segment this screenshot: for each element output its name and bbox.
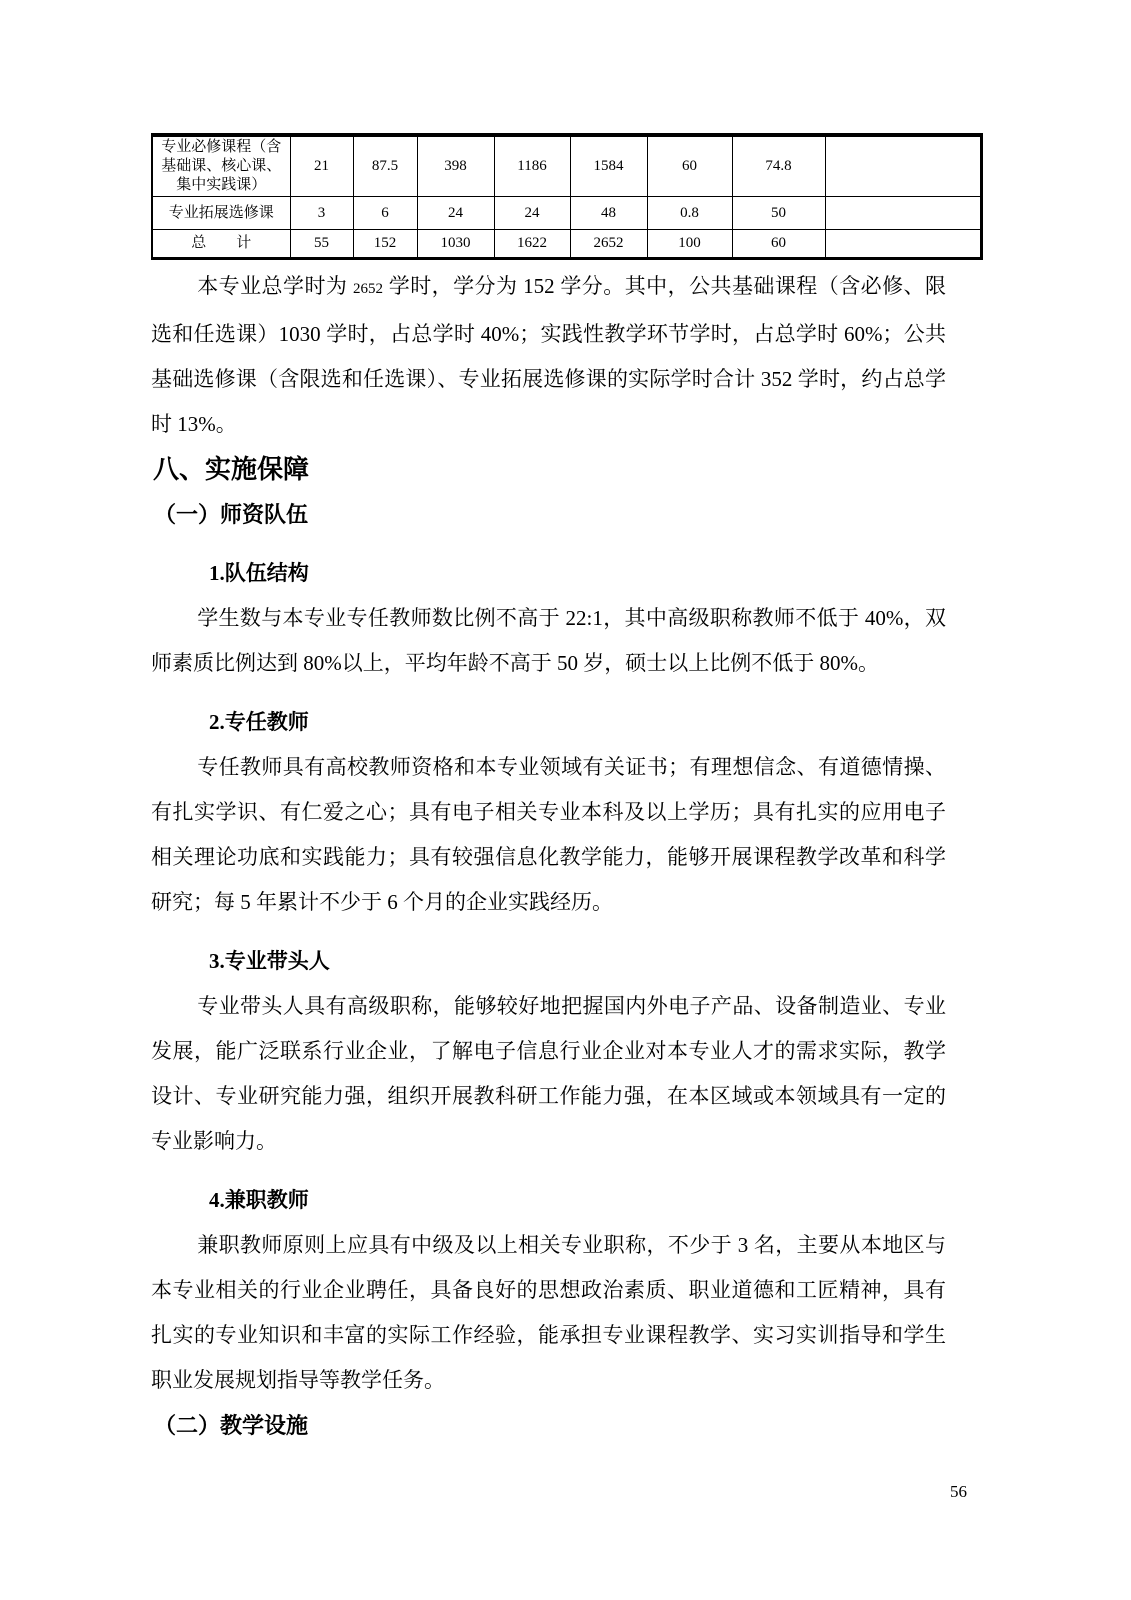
cell: 1622	[494, 230, 570, 259]
cell: 48	[570, 197, 647, 230]
document-page: 专业必修课程（含基础课、核心课、集中实践课） 21 87.5 398 1186 …	[0, 0, 1131, 1600]
cell: 74.8	[732, 135, 825, 197]
row-label: 专业必修课程（含基础课、核心课、集中实践课）	[152, 135, 290, 197]
row-label: 总 计	[152, 230, 290, 259]
cell: 6	[353, 197, 417, 230]
heading-full-time-teachers: 2.专任教师	[209, 700, 980, 745]
cell: 3	[290, 197, 353, 230]
table-row-elective-courses: 专业拓展选修课 3 6 24 24 48 0.8 50	[152, 197, 981, 230]
cell: 50	[732, 197, 825, 230]
paragraph-part-time-teachers: 兼职教师原则上应具有中级及以上相关专业职称，不少于 3 名，主要从本地区与本专业…	[151, 1223, 946, 1403]
heading-part-time-teachers: 4.兼职教师	[209, 1178, 980, 1223]
cell: 152	[353, 230, 417, 259]
paragraph-full-time-teachers: 专任教师具有高校教师资格和本专业领域有关证书；有理想信念、有道德情操、有扎实学识…	[151, 745, 946, 925]
text-segment: 本专业总学时为	[197, 274, 353, 298]
small-number: 2652	[353, 281, 383, 297]
cell: 60	[732, 230, 825, 259]
cell: 24	[494, 197, 570, 230]
paragraph-total-hours: 本专业总学时为 2652 学时，学分为 152 学分。其中，公共基础课程（含必修…	[151, 264, 946, 447]
heading-teaching-staff: （一）师资队伍	[151, 492, 980, 537]
cell-empty	[825, 197, 981, 230]
cell: 60	[647, 135, 732, 197]
heading-teaching-facilities: （二）教学设施	[151, 1403, 980, 1448]
cell: 1030	[417, 230, 494, 259]
paragraph-program-leader: 专业带头人具有高级职称，能够较好地把握国内外电子产品、设备制造业、专业发展，能广…	[151, 984, 946, 1164]
cell: 0.8	[647, 197, 732, 230]
cell: 87.5	[353, 135, 417, 197]
row-label: 专业拓展选修课	[152, 197, 290, 230]
paragraph-team-structure: 学生数与本专业专任教师数比例不高于 22:1，其中高级职称教师不低于 40%，双…	[151, 596, 946, 686]
heading-implementation-guarantee: 八、实施保障	[151, 447, 980, 492]
table-row-total: 总 计 55 152 1030 1622 2652 100 60	[152, 230, 981, 259]
cell: 2652	[570, 230, 647, 259]
table-row-required-courses: 专业必修课程（含基础课、核心课、集中实践课） 21 87.5 398 1186 …	[152, 135, 981, 197]
cell: 21	[290, 135, 353, 197]
cell: 1186	[494, 135, 570, 197]
curriculum-hours-table: 专业必修课程（含基础课、核心课、集中实践课） 21 87.5 398 1186 …	[151, 133, 983, 260]
cell: 24	[417, 197, 494, 230]
cell: 55	[290, 230, 353, 259]
text-segment: 学时，学分为 152 学分。其中，公共基础课程（含必修、限选和任选课）1030 …	[151, 274, 946, 436]
cell: 1584	[570, 135, 647, 197]
page-number: 56	[950, 1481, 967, 1503]
cell: 100	[647, 230, 732, 259]
cell-empty	[825, 230, 981, 259]
heading-team-structure: 1.队伍结构	[209, 551, 980, 596]
cell-empty	[825, 135, 981, 197]
cell: 398	[417, 135, 494, 197]
heading-program-leader: 3.专业带头人	[209, 939, 980, 984]
